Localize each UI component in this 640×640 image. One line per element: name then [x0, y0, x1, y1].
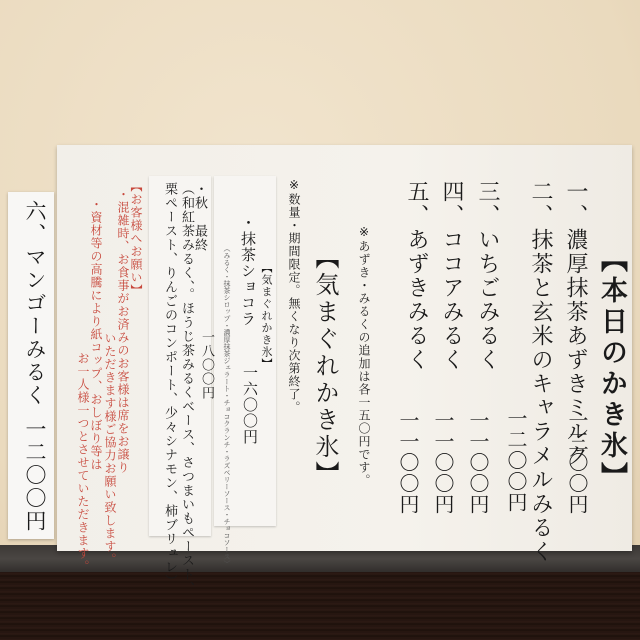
matcha-chocolate-price: 一六〇〇円 [240, 365, 261, 445]
menu-title: 【本日のかき氷】 [592, 245, 631, 493]
mango-item-name: 六、マンゴーみるく [20, 200, 50, 407]
item-name: ココアみるく [439, 228, 464, 372]
menu-item-1-price: 一三〇〇円 [563, 410, 592, 515]
wooden-counter [0, 572, 640, 640]
mango-item-price: 一二〇〇円 [20, 418, 50, 533]
item-number: 五、 [404, 180, 429, 228]
menu-item-2-price: 一二〇〇円 [502, 408, 531, 513]
menu-item-3: 三、いちごみるく [472, 180, 503, 372]
item-name: 抹茶と玄米のキャラメルみるく [528, 228, 553, 564]
autumn-col-b: 栗ペースト、りんごのコンポート、少々シナモン、柿ブリュレ） [160, 182, 179, 588]
autumn-base: 和紅茶みるく、 [179, 196, 194, 288]
topping-note: ※あずき・みるくの追加は各一五〇円です。 [356, 225, 373, 487]
menu-item-5-price: 一一〇〇円 [394, 410, 423, 515]
special-strip-header: 【気まぐれかき氷】 [258, 262, 274, 370]
notice-line-2b: お一人様一つとさせていただきます。 [75, 352, 92, 573]
item-number: 一、 [563, 180, 588, 228]
menu-item-4: 四、ココアみるく [436, 180, 467, 372]
menu-item-5: 五、あずきみるく [401, 180, 432, 372]
autumn-price: 一八〇〇円 [197, 330, 216, 400]
menu-item-4-price: 一一〇〇円 [429, 410, 458, 515]
item-number: 四、 [439, 180, 464, 228]
menu-item-3-price: 一一〇〇円 [464, 410, 493, 515]
limited-note: ※数量・期間限定。無くなり次第終了。 [286, 178, 303, 414]
special-section-title: 【気まぐれかき氷】 [308, 245, 343, 488]
matcha-chocolate-name: ・抹茶ショコラ [238, 215, 259, 327]
autumn-alt-base: ほうじ茶みるくベース、さつまいもペースト、 [179, 302, 194, 596]
item-name: いちごみるく [475, 228, 500, 372]
item-number: 三、 [475, 180, 500, 228]
item-name: あずきみるく [404, 228, 429, 372]
autumn-col-a: （和紅茶みるく、。ほうじ茶みるくベース、さつまいもペースト、 [177, 182, 196, 596]
item-number: 二、 [528, 180, 553, 228]
matcha-chocolate-description: （みるく・抹茶シロップ・濃厚抹茶ジェラート・チョコクランチ・ラズベリーソース・チ… [222, 245, 232, 567]
